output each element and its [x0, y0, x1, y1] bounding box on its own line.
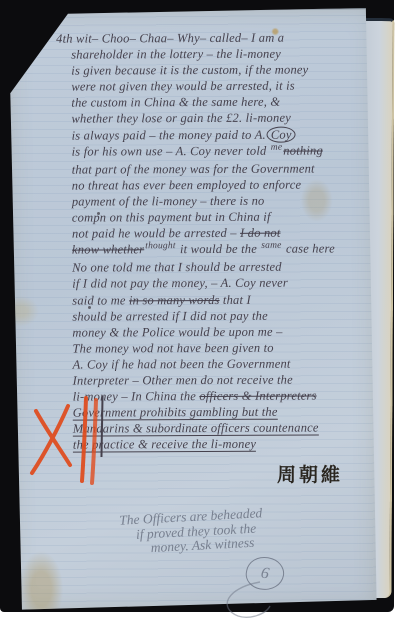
manuscript-line: is always paid – the money paid to A.Coy: [72, 126, 356, 143]
manuscript-line: compn on this payment but in China if: [72, 208, 356, 225]
manuscript-line: shareholder in the lottery – the li-mone…: [71, 45, 355, 62]
manuscript-line: Mandarins & subordinate officers counten…: [73, 420, 357, 437]
manuscript-line: should be arrested if I did not pay the: [72, 307, 356, 324]
manuscript-line: know whetherthought it would be the same…: [72, 241, 356, 260]
manuscript-line: whether they lose or gain the £2. li-mon…: [71, 110, 355, 127]
manuscript-line: that part of the money was for the Gover…: [72, 160, 356, 177]
manuscript-line: not paid he would be arrested – I do not: [72, 224, 356, 241]
manuscript-line: no threat has ever been employed to enfo…: [72, 176, 356, 193]
ink-speck: [97, 212, 100, 215]
manuscript-line: the practice & receive the li-money: [73, 436, 357, 453]
manuscript-line: were not given they would be arrested, i…: [71, 78, 355, 95]
manuscript-line: the custom in China & the same here, &: [71, 94, 355, 111]
manuscript-line: payment of the li-money – there is no: [72, 192, 356, 209]
ink-speck: [88, 306, 91, 309]
manuscript-line: The money wod not have been given to: [72, 339, 356, 356]
pencil-flourish: [216, 580, 286, 620]
manuscript-line: 4th wit– Choo– Chaa– Why– called– I am a: [56, 29, 355, 46]
manuscript-photo: 4th wit– Choo– Chaa– Why– called– I am a…: [0, 0, 400, 631]
manuscript-line: Government prohibits gambling but the: [73, 404, 357, 421]
manuscript-text: 4th wit– Choo– Chaa– Why– called– I am a…: [55, 25, 357, 453]
manuscript-line: is for his own use – A. Coy never told m…: [72, 142, 356, 161]
red-crayon-mark-icon: [26, 395, 108, 490]
pencil-note: The Officers are beheaded if proved they…: [119, 506, 264, 557]
manuscript-line: said to me in so many words that I: [72, 291, 356, 308]
manuscript-line: A. Coy if he had not been the Government: [73, 355, 357, 372]
manuscript-line: No one told me that I should be arrested: [72, 259, 356, 276]
manuscript-line: if I did not pay the money, – A. Coy nev…: [72, 275, 356, 292]
chinese-signature: 周朝維: [277, 460, 343, 487]
manuscript-line: li-money – In China the officers & Inter…: [73, 387, 357, 404]
manuscript-line: Interpreter – Other men do not receive t…: [73, 371, 357, 388]
manuscript-line: is given because it is the custom, if th…: [71, 62, 355, 79]
manuscript-line: money & the Police would be upon me –: [72, 323, 356, 340]
